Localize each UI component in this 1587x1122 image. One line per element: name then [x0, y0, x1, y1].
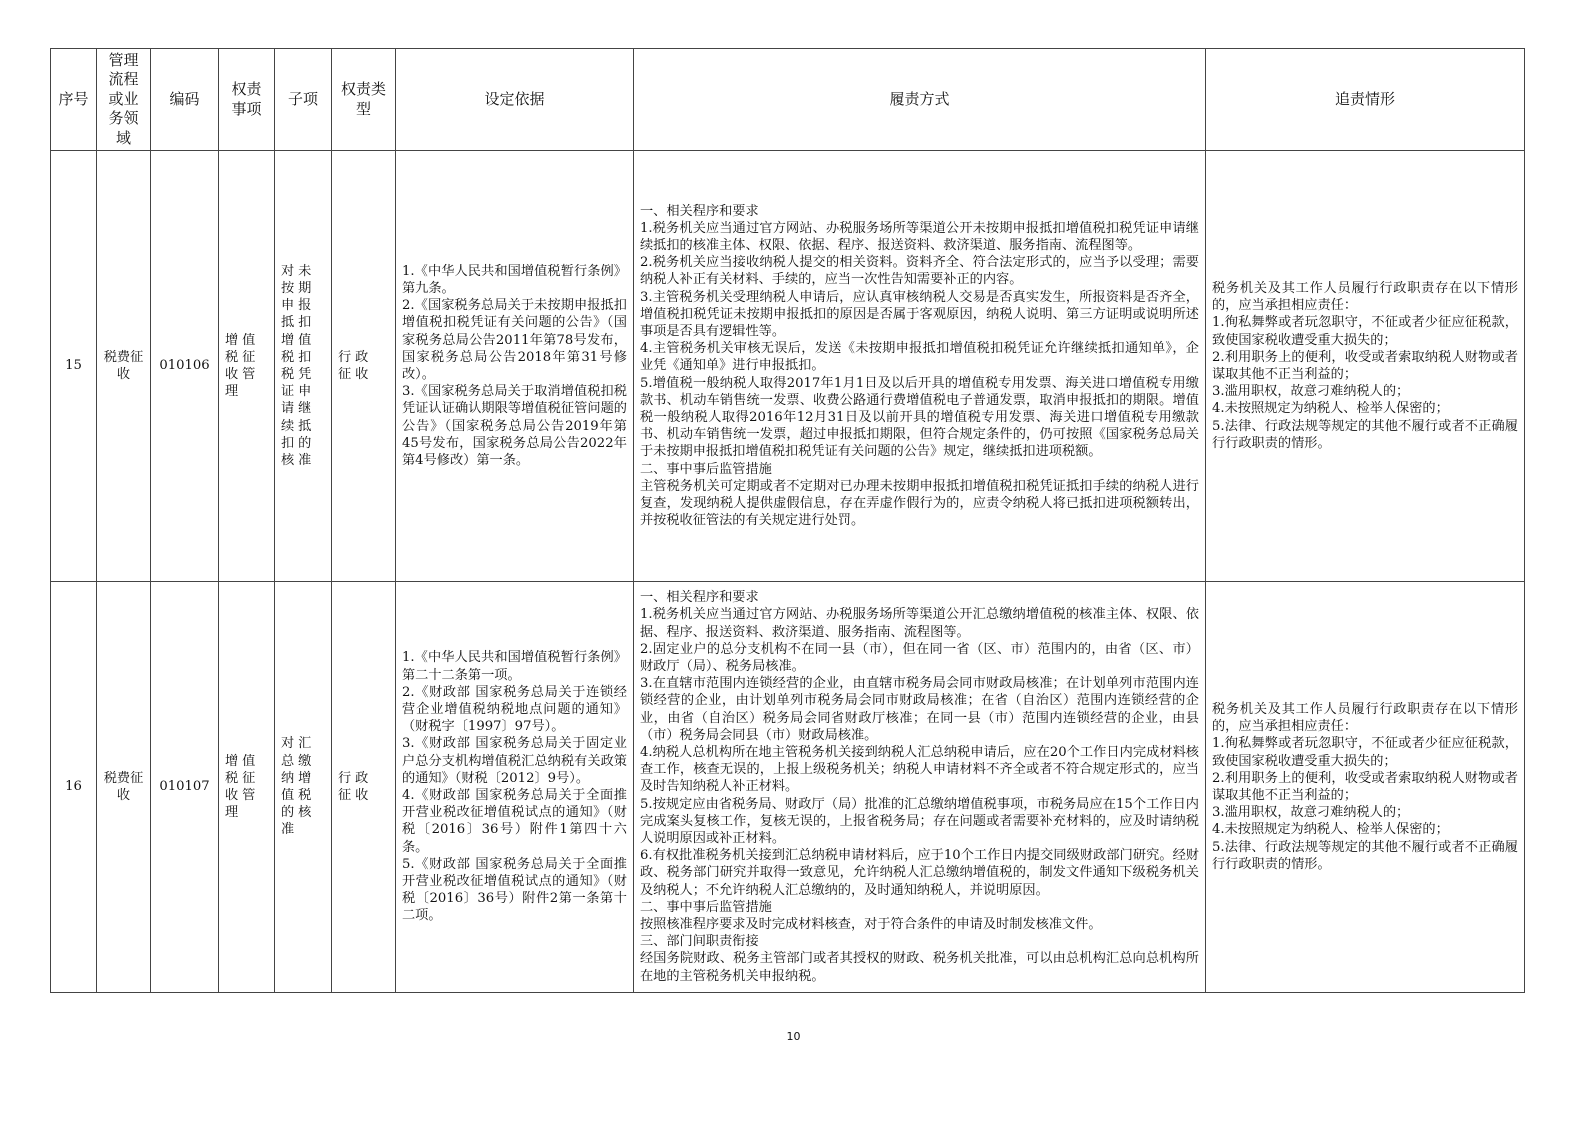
basis-line: 4.《财政部 国家税务总局关于全面推开营业税改征增值税试点的通知》（财税〔201… — [402, 787, 627, 856]
accountability-line: 5.法律、行政法规等规定的其他不履行或者不正确履行行政职责的情形。 — [1212, 418, 1518, 452]
method-line: 5.按规定应由省税务局、财政厅（局）批准的汇总缴纳增值税事项，市税务局应在15个… — [640, 796, 1199, 848]
accountability-line: 4.未按照规定为纳税人、检举人保密的； — [1212, 400, 1518, 417]
accountability-line: 4.未按照规定为纳税人、检举人保密的； — [1212, 821, 1518, 838]
header-domain: 管理流程或业务领域 — [97, 49, 151, 151]
header-code: 编码 — [151, 49, 219, 151]
method-line: 主管税务机关可定期或者不定期对已办理未按期申报抵扣增值税扣税凭证抵扣手续的纳税人… — [640, 478, 1199, 530]
method-line: 2.固定业户的总分支机构不在同一县（市），但在同一省（区、市）范围内的，由省（区… — [640, 641, 1199, 675]
method-line: 1.税务机关应当通过官方网站、办税服务场所等渠道公开未按期申报抵扣增值税扣税凭证… — [640, 220, 1199, 254]
basis-line: 1.《中华人民共和国增值税暂行条例》第九条。 — [402, 263, 627, 297]
accountability-line: 2.利用职务上的便利，收受或者索取纳税人财物或者谋取其他不正当利益的； — [1212, 770, 1518, 804]
method-line: 2.税务机关应当接收纳税人提交的相关资料。资料齐全、符合法定形式的，应当予以受理… — [640, 254, 1199, 288]
accountability-line: 税务机关及其工作人员履行行政职责存在以下情形的，应当承担相应责任： — [1212, 701, 1518, 735]
basis-line: 2.《国家税务总局关于未按期申报抵扣增值税扣税凭证有关问题的公告》（国家税务总局… — [402, 297, 627, 383]
header-row: 序号 管理流程或业务领域 编码 权责事项 子项 权责类型 设定依据 履责方式 追… — [51, 49, 1525, 151]
method-line: 4.纳税人总机构所在地主管税务机关接到纳税人汇总纳税申请后，应在20个工作日内完… — [640, 744, 1199, 796]
header-type: 权责类型 — [332, 49, 396, 151]
row-code: 010106 — [151, 151, 219, 582]
table-row: 15 税费征收 010106 增值税征收管理 对未按期申报抵扣增值税扣税凭证申请… — [51, 151, 1525, 582]
basis-line: 5.《财政部 国家税务总局关于全面推开营业税改征增值税试点的通知》（财税〔201… — [402, 856, 627, 925]
method-line: 二、事中事后监管措施 — [640, 899, 1199, 916]
method-line: 经国务院财政、税务主管部门或者其授权的财政、税务机关批准，可以由总机构汇总向总机… — [640, 950, 1199, 984]
row-accountability: 税务机关及其工作人员履行行政职责存在以下情形的，应当承担相应责任： 1.徇私舞弊… — [1206, 151, 1525, 582]
accountability-line: 1.徇私舞弊或者玩忽职守，不征或者少征应征税款，致使国家税收遭受重大损失的； — [1212, 735, 1518, 769]
accountability-line: 3.滥用职权，故意刁难纳税人的； — [1212, 383, 1518, 400]
method-line: 6.有权批准税务机关接到汇总纳税申请材料后，应于10个工作日内提交同级财政部门研… — [640, 847, 1199, 899]
row-basis: 1.《中华人民共和国增值税暂行条例》第二十二条第一项。 2.《财政部 国家税务总… — [396, 582, 634, 993]
header-method: 履责方式 — [634, 49, 1206, 151]
basis-line: 3.《财政部 国家税务总局关于固定业户总分支机构增值税汇总纳税有关政策的通知》（… — [402, 735, 627, 787]
accountability-line: 3.滥用职权，故意刁难纳税人的； — [1212, 804, 1518, 821]
accountability-line: 税务机关及其工作人员履行行政职责存在以下情形的，应当承担相应责任： — [1212, 280, 1518, 314]
method-line: 二、事中事后监管措施 — [640, 461, 1199, 478]
row-type: 行政征收 — [332, 582, 396, 993]
method-line: 3.主管税务机关受理纳税人申请后，应认真审核纳税人交易是否真实发生，所报资料是否… — [640, 289, 1199, 341]
row-basis: 1.《中华人民共和国增值税暂行条例》第九条。 2.《国家税务总局关于未按期申报抵… — [396, 151, 634, 582]
responsibility-table: 序号 管理流程或业务领域 编码 权责事项 子项 权责类型 设定依据 履责方式 追… — [50, 48, 1525, 993]
row-method: 一、相关程序和要求 1.税务机关应当通过官方网站、办税服务场所等渠道公开未按期申… — [634, 151, 1206, 582]
row-item: 增值税征收管理 — [219, 151, 275, 582]
method-line: 3.在直辖市范围内连锁经营的企业，由直辖市税务局会同市财政局核准；在计划单列市范… — [640, 675, 1199, 744]
accountability-line: 2.利用职务上的便利，收受或者索取纳税人财物或者谋取其他不正当利益的； — [1212, 349, 1518, 383]
method-line: 三、部门间职责衔接 — [640, 933, 1199, 950]
header-item: 权责事项 — [219, 49, 275, 151]
method-line: 4.主管税务机关审核无误后，发送《未按期申报抵扣增值税扣税凭证允许继续抵扣通知单… — [640, 340, 1199, 374]
header-accountability: 追责情形 — [1206, 49, 1525, 151]
method-line: 1.税务机关应当通过官方网站、办税服务场所等渠道公开汇总缴纳增值税的核准主体、权… — [640, 606, 1199, 640]
row-method: 一、相关程序和要求 1.税务机关应当通过官方网站、办税服务场所等渠道公开汇总缴纳… — [634, 582, 1206, 993]
row-domain: 税费征收 — [97, 151, 151, 582]
row-index: 15 — [51, 151, 97, 582]
row-type: 行政征收 — [332, 151, 396, 582]
method-line: 一、相关程序和要求 — [640, 203, 1199, 220]
row-index: 16 — [51, 582, 97, 993]
basis-line: 2.《财政部 国家税务总局关于连锁经营企业增值税纳税地点问题的通知》（财税字〔1… — [402, 684, 627, 736]
accountability-line: 1.徇私舞弊或者玩忽职守，不征或者少征应征税款，致使国家税收遭受重大损失的； — [1212, 314, 1518, 348]
basis-line: 3.《国家税务总局关于取消增值税扣税凭证认证确认期限等增值税征管问题的公告》（国… — [402, 383, 627, 469]
header-subitem: 子项 — [275, 49, 332, 151]
row-accountability: 税务机关及其工作人员履行行政职责存在以下情形的，应当承担相应责任： 1.徇私舞弊… — [1206, 582, 1525, 993]
row-item: 增值税征收管理 — [219, 582, 275, 993]
row-subitem: 对汇总缴纳增值税的核准 — [275, 582, 332, 993]
header-basis: 设定依据 — [396, 49, 634, 151]
page-number: 10 — [0, 1030, 1587, 1043]
accountability-line: 5.法律、行政法规等规定的其他不履行或者不正确履行行政职责的情形。 — [1212, 839, 1518, 873]
row-code: 010107 — [151, 582, 219, 993]
row-domain: 税费征收 — [97, 582, 151, 993]
method-line: 一、相关程序和要求 — [640, 589, 1199, 606]
method-line: 按照核准程序要求及时完成材料核查，对于符合条件的申请及时制发核准文件。 — [640, 916, 1199, 933]
basis-line: 1.《中华人民共和国增值税暂行条例》第二十二条第一项。 — [402, 649, 627, 683]
table-row: 16 税费征收 010107 增值税征收管理 对汇总缴纳增值税的核准 行政征收 … — [51, 582, 1525, 993]
method-line: 5.增值税一般纳税人取得2017年1月1日及以后开具的增值税专用发票、海关进口增… — [640, 375, 1199, 461]
row-subitem: 对未按期申报抵扣增值税扣税凭证申请继续抵扣的核准 — [275, 151, 332, 582]
header-index: 序号 — [51, 49, 97, 151]
